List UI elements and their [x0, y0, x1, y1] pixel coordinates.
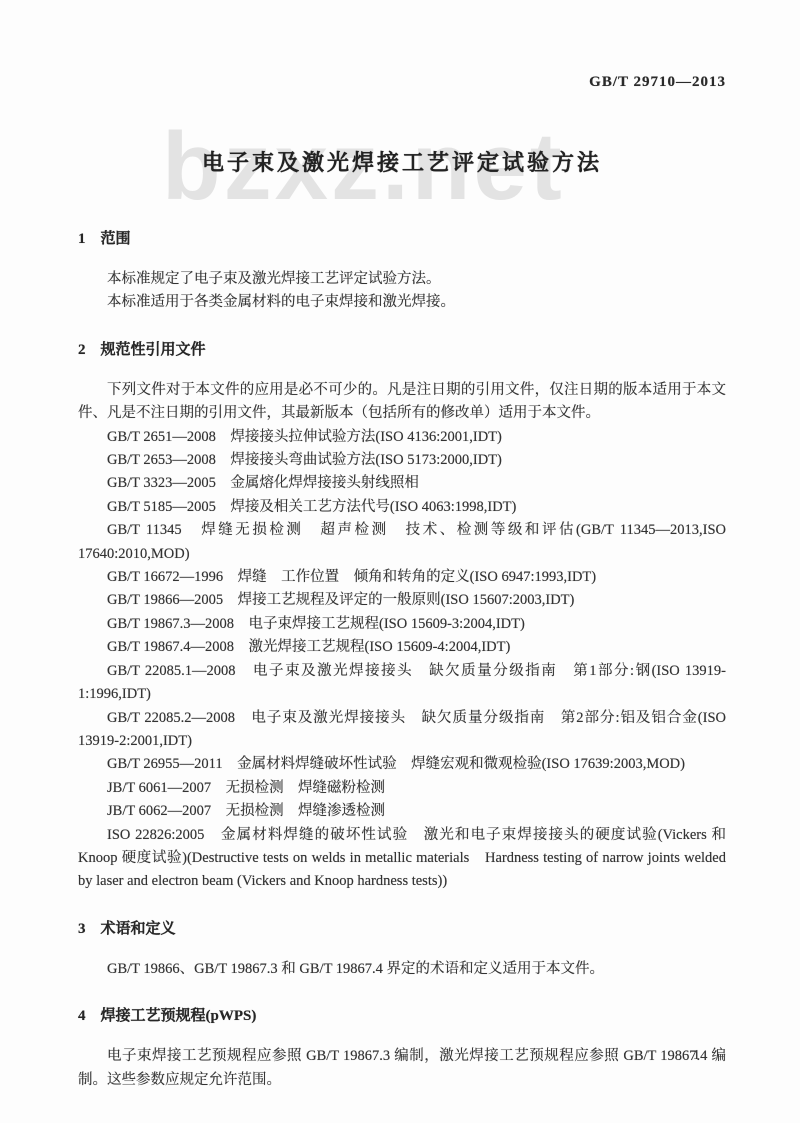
- paragraph: 本标准规定了电子束及激光焊接工艺评定试验方法。: [78, 268, 726, 291]
- reference-item: GB/T 19867.3—2008 电子束焊接工艺规程(ISO 15609-3:…: [78, 613, 726, 636]
- reference-item: GB/T 16672—1996 焊缝 工作位置 倾角和转角的定义(ISO 694…: [78, 566, 726, 589]
- reference-item: GB/T 11345 焊缝无损检测 超声检测 技术、检测等级和评估(GB/T 1…: [78, 519, 726, 566]
- paragraph: 下列文件对于本文件的应用是必不可少的。凡是注日期的引用文件，仅注日期的版本适用于…: [78, 379, 726, 426]
- reference-list: GB/T 2651—2008 焊接接头拉伸试验方法(ISO 4136:2001,…: [78, 426, 726, 894]
- page-content: GB/T 29710—2013 电子束及激光焊接工艺评定试验方法 1 范围 本标…: [0, 0, 800, 1092]
- reference-item: GB/T 22085.2—2008 电子束及激光焊接接头 缺欠质量分级指南 第2…: [78, 707, 726, 754]
- reference-item: GB/T 2653—2008 焊接接头弯曲试验方法(ISO 5173:2000,…: [78, 449, 726, 472]
- reference-item: JB/T 6062—2007 无损检测 焊缝渗透检测: [78, 800, 726, 823]
- paragraph: 本标准适用于各类金属材料的电子束焊接和激光焊接。: [78, 291, 726, 314]
- section-heading-pwps: 4 焊接工艺预规程(pWPS): [78, 1005, 726, 1027]
- section-heading-terms-definitions: 3 术语和定义: [78, 918, 726, 940]
- document-title: 电子束及激光焊接工艺评定试验方法: [78, 148, 726, 178]
- reference-item: GB/T 5185—2005 焊接及相关工艺方法代号(ISO 4063:1998…: [78, 496, 726, 519]
- reference-item: GB/T 26955—2011 金属材料焊缝破坏性试验 焊缝宏观和微观检验(IS…: [78, 753, 726, 776]
- reference-item: GB/T 19867.4—2008 激光焊接工艺规程(ISO 15609-4:2…: [78, 636, 726, 659]
- paragraph: 电子束焊接工艺预规程应参照 GB/T 19867.3 编制，激光焊接工艺预规程应…: [78, 1045, 726, 1092]
- page-number: 1: [693, 1048, 700, 1064]
- reference-item: GB/T 19866—2005 焊接工艺规程及评定的一般原则(ISO 15607…: [78, 589, 726, 612]
- paragraph: GB/T 19866、GB/T 19867.3 和 GB/T 19867.4 界…: [78, 958, 726, 981]
- reference-item: ISO 22826:2005 金属材料焊缝的破坏性试验 激光和电子束焊接接头的硬…: [78, 824, 726, 894]
- reference-item: GB/T 2651—2008 焊接接头拉伸试验方法(ISO 4136:2001,…: [78, 426, 726, 449]
- section-heading-scope: 1 范围: [78, 228, 726, 250]
- reference-item: GB/T 22085.1—2008 电子束及激光焊接接头 缺欠质量分级指南 第1…: [78, 660, 726, 707]
- section-heading-normative-references: 2 规范性引用文件: [78, 339, 726, 361]
- reference-item: GB/T 3323—2005 金属熔化焊焊接接头射线照相: [78, 472, 726, 495]
- document-page: bzxz.net GB/T 29710—2013 电子束及激光焊接工艺评定试验方…: [0, 0, 800, 1123]
- reference-item: JB/T 6061—2007 无损检测 焊缝磁粉检测: [78, 777, 726, 800]
- standard-code: GB/T 29710—2013: [78, 72, 726, 92]
